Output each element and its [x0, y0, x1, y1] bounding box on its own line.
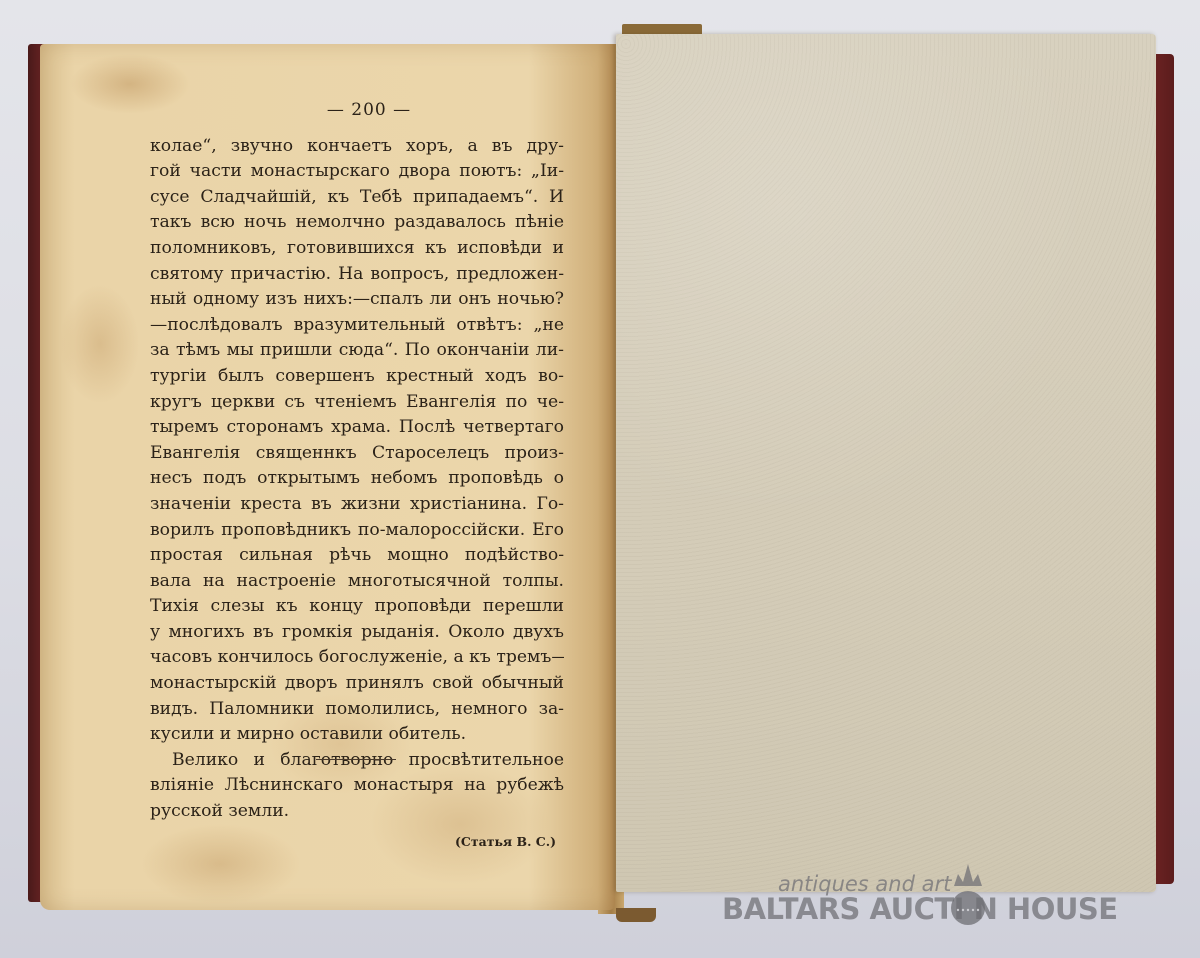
text-line: святому причастію. На вопросъ, предложен… [150, 262, 564, 288]
text-line: значеніи креста въ жизни христіанина. Го… [150, 492, 564, 518]
text-line: такъ всю ночь немолчно раздавалось пѣніе [150, 210, 564, 236]
crown-orb-icon [950, 862, 986, 928]
text-line: колае“, звучно кончаетъ хоръ, а въ дру- [150, 134, 564, 160]
text-line: ворилъ проповѣдникъ по-малороссійски. Ег… [150, 518, 564, 544]
text-line: часовъ кончилось богослуженіе, а къ трем… [150, 645, 564, 671]
page-number: — 200 — [174, 98, 564, 124]
text-line: Тихія слезы къ концу проповѣди перешли [150, 594, 564, 620]
text-line: у многихъ въ громкія рыданія. Около двух… [150, 620, 564, 646]
text-line: тыремъ сторонамъ храма. Послѣ четвертаго [150, 415, 564, 441]
text-line: ный одному изъ нихъ:—спалъ ли онъ ночью? [150, 287, 564, 313]
text-line: вліяніе Лѣснинскаго монастыря на рубежѣ [150, 773, 564, 799]
text-line: Велико и благотворно просвѣтительное [150, 748, 564, 774]
text-line: кусили и мирно оставили обитель. [150, 722, 564, 748]
text-line: вала на настроеніе многотысячной толпы. [150, 569, 564, 595]
right-page-blank-endpaper [616, 34, 1156, 892]
text-line: сусе Сладчайшій, къ Тебѣ припадаемъ“. И [150, 185, 564, 211]
text-line: тургіи былъ совершенъ крестный ходъ во- [150, 364, 564, 390]
text-line: поломниковъ, готовившихся къ исповѣди и [150, 236, 564, 262]
text-line: простая сильная рѣчь мощно подѣйство- [150, 543, 564, 569]
watermark-name: BALTARS AUCTI N HOUSE [722, 892, 1118, 926]
text-line: —послѣдовалъ вразумительный отвѣтъ: „не [150, 313, 564, 339]
text-line: видъ. Паломники помолились, немного за- [150, 697, 564, 723]
section-divider-rule [316, 759, 396, 760]
book-spine-bottom [616, 908, 656, 922]
left-page-text: — 200 — колае“, звучно кончаетъ хоръ, а … [150, 98, 564, 854]
text-line: русской земли. [150, 799, 564, 825]
text-line: монастырскій дворъ принялъ свой обычный [150, 671, 564, 697]
text-line: за тѣмъ мы пришли сюда“. По окончаніи ли… [150, 338, 564, 364]
watermark: antiques and art BALTARS AUCTI N HOUSE [722, 862, 1122, 932]
text-line: Евангелія священнкъ Староселецъ произ- [150, 441, 564, 467]
text-line: гой части монастырскаго двора поютъ: „Іи… [150, 159, 564, 185]
article-signature: (Статья В. С.) [150, 829, 564, 855]
text-line: несъ подъ открытымъ небомъ проповѣдь о [150, 466, 564, 492]
text-line: кругъ церкви съ чтеніемъ Евангелія по че… [150, 390, 564, 416]
